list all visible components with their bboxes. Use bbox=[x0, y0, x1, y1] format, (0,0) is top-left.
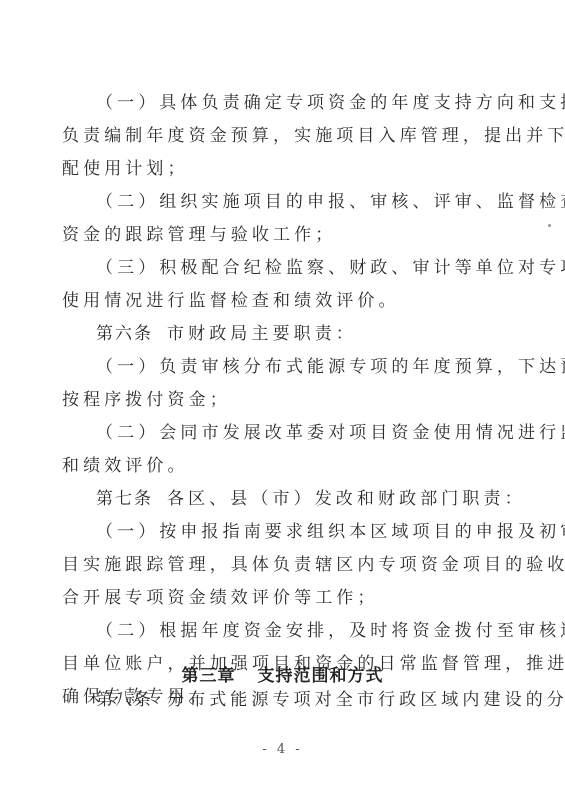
paragraph-line: 合开展专项资金绩效评价等工作； bbox=[62, 588, 512, 608]
paragraph-line: 目实施跟踪管理，具体负责辖区内专项资金项目的验收工作，配 bbox=[62, 555, 512, 575]
paragraph-line: （一）按申报指南要求组织本区域项目的申报及初审，对项 bbox=[96, 522, 546, 542]
article-number: 第六条 bbox=[96, 324, 153, 344]
paragraph-line: （二）根据年度资金安排，及时将资金拨付至审核通过的项 bbox=[96, 621, 546, 641]
article-6-heading: 第六条市财政局主要职责： bbox=[96, 324, 546, 344]
article-text: 市财政局主要职责： bbox=[167, 324, 357, 344]
article-number: 第八条 bbox=[96, 690, 153, 710]
paragraph-line: 资金的跟踪管理与验收工作； bbox=[62, 225, 512, 245]
paragraph-line: （三）积极配合纪检监察、财政、审计等单位对专项资金的 bbox=[96, 258, 546, 278]
paragraph-line: 和绩效评价。 bbox=[62, 456, 512, 476]
paragraph-line: （一）负责审核分布式能源专项的年度预算，下达预算批复， bbox=[96, 357, 546, 377]
scan-speck bbox=[548, 224, 551, 227]
document-page: （一）具体负责确定专项资金的年度支持方向和支持重点， 负责编制年度资金预算，实施… bbox=[0, 0, 565, 800]
chapter-title: 支持范围和方式 bbox=[258, 666, 384, 686]
article-7-heading: 第七条各区、县（市）发改和财政部门职责： bbox=[96, 489, 546, 509]
paragraph-line: 使用情况进行监督检查和绩效评价。 bbox=[62, 291, 512, 311]
paragraph-line: （二）组织实施项目的申报、审核、评审、监督检查和专项 bbox=[96, 192, 546, 212]
page-number: - 4 - bbox=[0, 742, 565, 757]
article-text: 分布式能源专项对全市行政区域内建设的分布式能 bbox=[167, 690, 565, 710]
paragraph-line: （二）会同市发展改革委对项目资金使用情况进行监督检查 bbox=[96, 423, 546, 443]
article-text: 各区、县（市）发改和财政部门职责： bbox=[167, 489, 526, 509]
paragraph-line: 配使用计划； bbox=[62, 159, 512, 179]
paragraph-line: （一）具体负责确定专项资金的年度支持方向和支持重点， bbox=[96, 93, 546, 113]
chapter-number: 第三章 bbox=[182, 666, 236, 686]
article-number: 第七条 bbox=[96, 489, 153, 509]
article-8-line: 第八条分布式能源专项对全市行政区域内建设的分布式能 bbox=[96, 690, 546, 710]
scan-speck bbox=[548, 195, 551, 198]
paragraph-line: 按程序拨付资金； bbox=[62, 390, 512, 410]
chapter-heading: 第三章支持范围和方式 bbox=[0, 661, 565, 686]
paragraph-line: 负责编制年度资金预算，实施项目入库管理，提出并下达资金分 bbox=[62, 126, 512, 146]
